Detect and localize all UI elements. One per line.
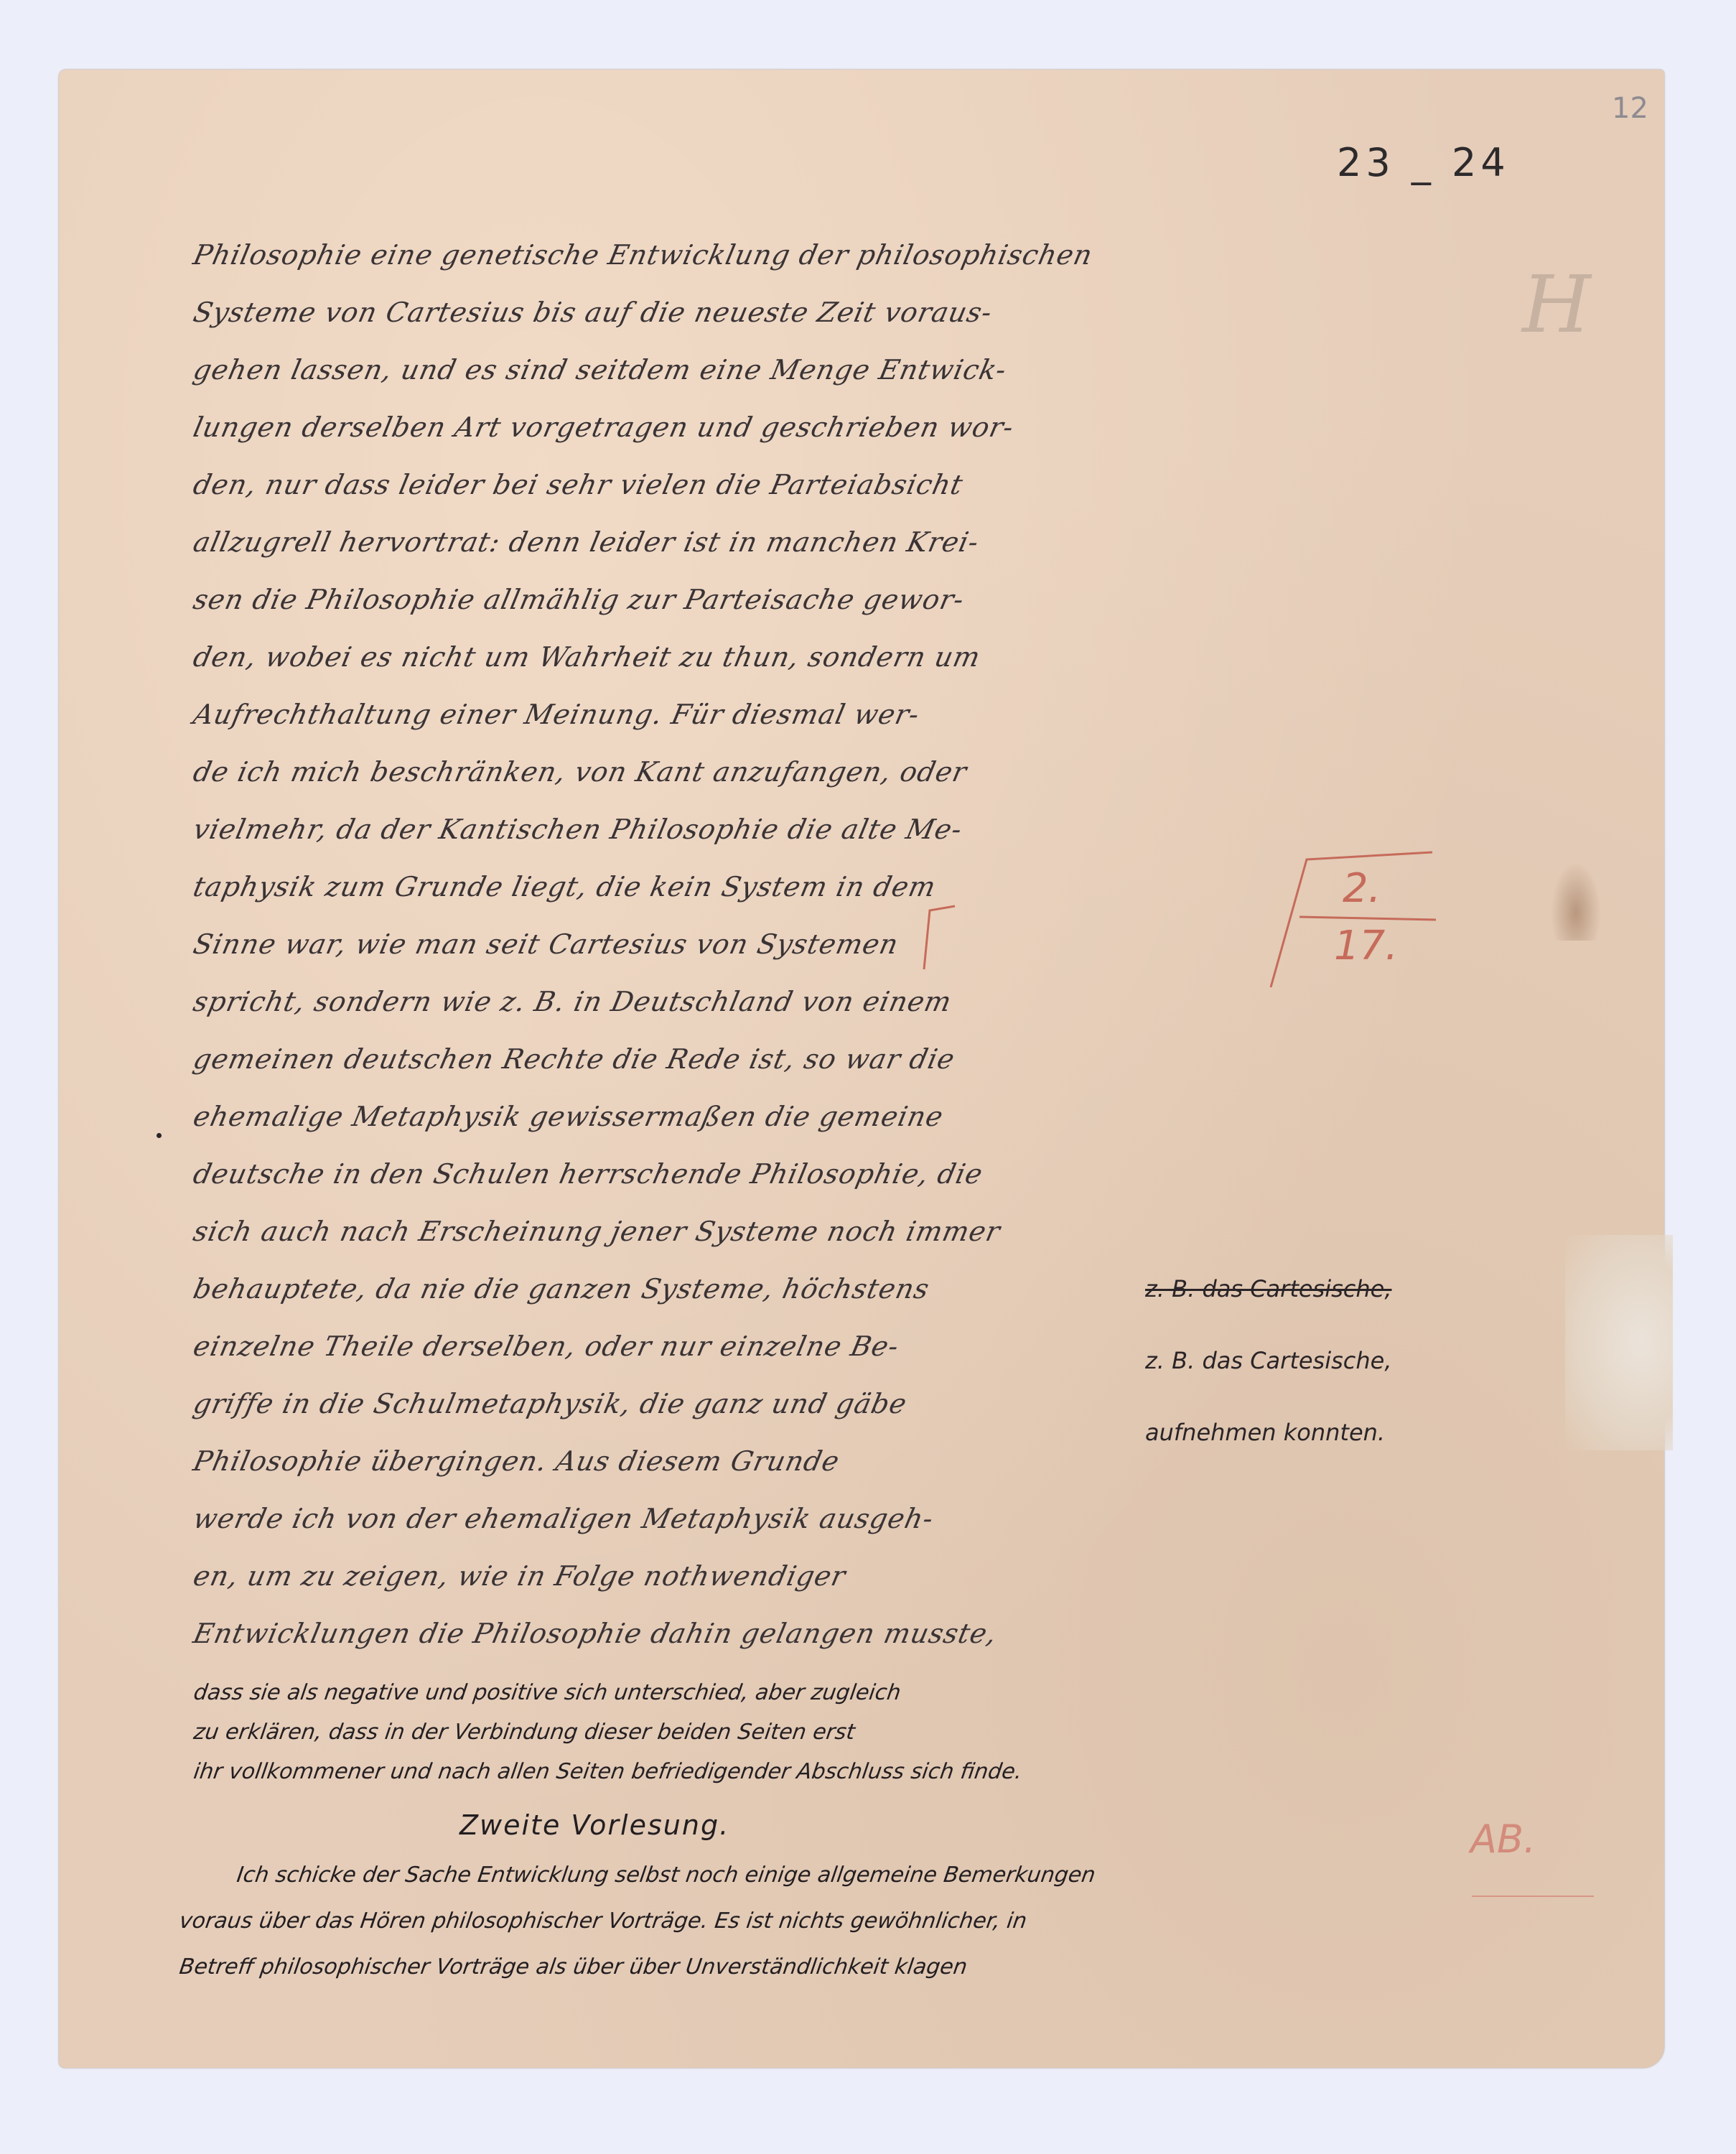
margin-note-struck: z. B. das Cartesische, [1145,1253,1547,1325]
ink-stain [1551,862,1601,941]
text-line: taphysik zum Grunde liegt, die kein Syst… [187,858,1176,915]
text-line: gemeinen deutschen Rechte die Rede ist, … [187,1030,1176,1088]
bleed-through-mark: H [1522,258,1644,381]
red-insertion-bracket [915,905,958,973]
text-line: en, um zu zeigen, wie in Folge nothwendi… [187,1547,1176,1605]
text-line: den, nur dass leider bei sehr vielen die… [187,456,1176,513]
text-line: den, wobei es nicht um Wahrheit zu thun,… [187,628,1176,686]
text-line: lungen derselben Art vorgetragen und ges… [187,398,1176,456]
text-line: gehen lassen, und es sind seitdem eine M… [187,341,1176,398]
text-line: einzelne Theile derselben, oder nur einz… [187,1318,1176,1375]
text-line: behauptete, da nie die ganzen Systeme, h… [187,1260,1176,1318]
text-line: Entwicklungen die Philosophie dahin gela… [187,1605,1176,1662]
text-line: sen die Philosophie allmählig zur Partei… [187,571,1176,628]
text-line: Philosophie übergingen. Aus diesem Grund… [187,1432,1176,1490]
text-line: Betreff philosophischer Vorträge als übe… [177,1944,1511,1990]
text-line: sich auch nach Erscheinung jener Systeme… [187,1203,1176,1260]
text-line: Philosophie eine genetische Entwicklung … [187,226,1176,284]
ink-dot [157,1133,162,1138]
text-line: de ich mich beschränken, von Kant anzufa… [187,743,1176,801]
main-text-block: Philosophie eine genetische Entwicklung … [194,226,1170,1662]
text-line: spricht, sondern wie z. B. in Deutschlan… [187,973,1176,1030]
text-line: Ich schicke der Sache Entwicklung selbst… [177,1852,1511,1898]
red-denominator: 17. [1334,923,1398,969]
text-line: Systeme von Cartesius bis auf die neuest… [187,284,1176,341]
text-line: allzugrell hervortrat: denn leider ist i… [187,513,1176,571]
folio-number: 12 [1612,92,1648,125]
paper-repair-patch [1565,1235,1673,1450]
text-line: Sinne war, wie man seit Cartesius von Sy… [187,915,1176,973]
text-line: vielmehr, da der Kantischen Philosophie … [187,801,1176,858]
text-line: ihr vollkommener und nach allen Seiten b… [191,1752,1489,1791]
text-line: werde ich von der ehemaligen Metaphysik … [187,1490,1176,1547]
later-hand-text: dass sie als negative und positive sich … [194,1673,1486,1791]
text-line: deutsche in den Schulen herrschende Phil… [187,1145,1176,1203]
margin-note: aufnehmen konnten. [1145,1397,1547,1468]
red-signature: AB. [1470,1817,1536,1862]
text-line: Aufrechthaltung einer Meinung. Für diesm… [187,686,1176,743]
margin-note: z. B. das Cartesische, [1145,1325,1547,1397]
section-heading: Zweite Vorlesung. [459,1809,729,1841]
margin-notes: z. B. das Cartesische, z. B. das Cartesi… [1145,1253,1547,1468]
lecture-text-block: Ich schicke der Sache Entwicklung selbst… [179,1852,1508,1990]
text-line: voraus über das Hören philosophischer Vo… [177,1898,1511,1944]
text-line: zu erklären, dass in der Verbindung dies… [191,1712,1489,1752]
red-fraction-mark: 2. 17. [1264,851,1436,994]
text-line: dass sie als negative und positive sich … [191,1673,1489,1712]
text-line: ehemalige Metaphysik gewissermaßen die g… [187,1088,1176,1145]
text-line: griffe in die Schulmetaphysik, die ganz … [187,1375,1176,1432]
red-signature-underline [1472,1896,1594,1897]
red-numerator: 2. [1343,865,1381,912]
page-range: 23 _ 24 [1337,140,1510,185]
